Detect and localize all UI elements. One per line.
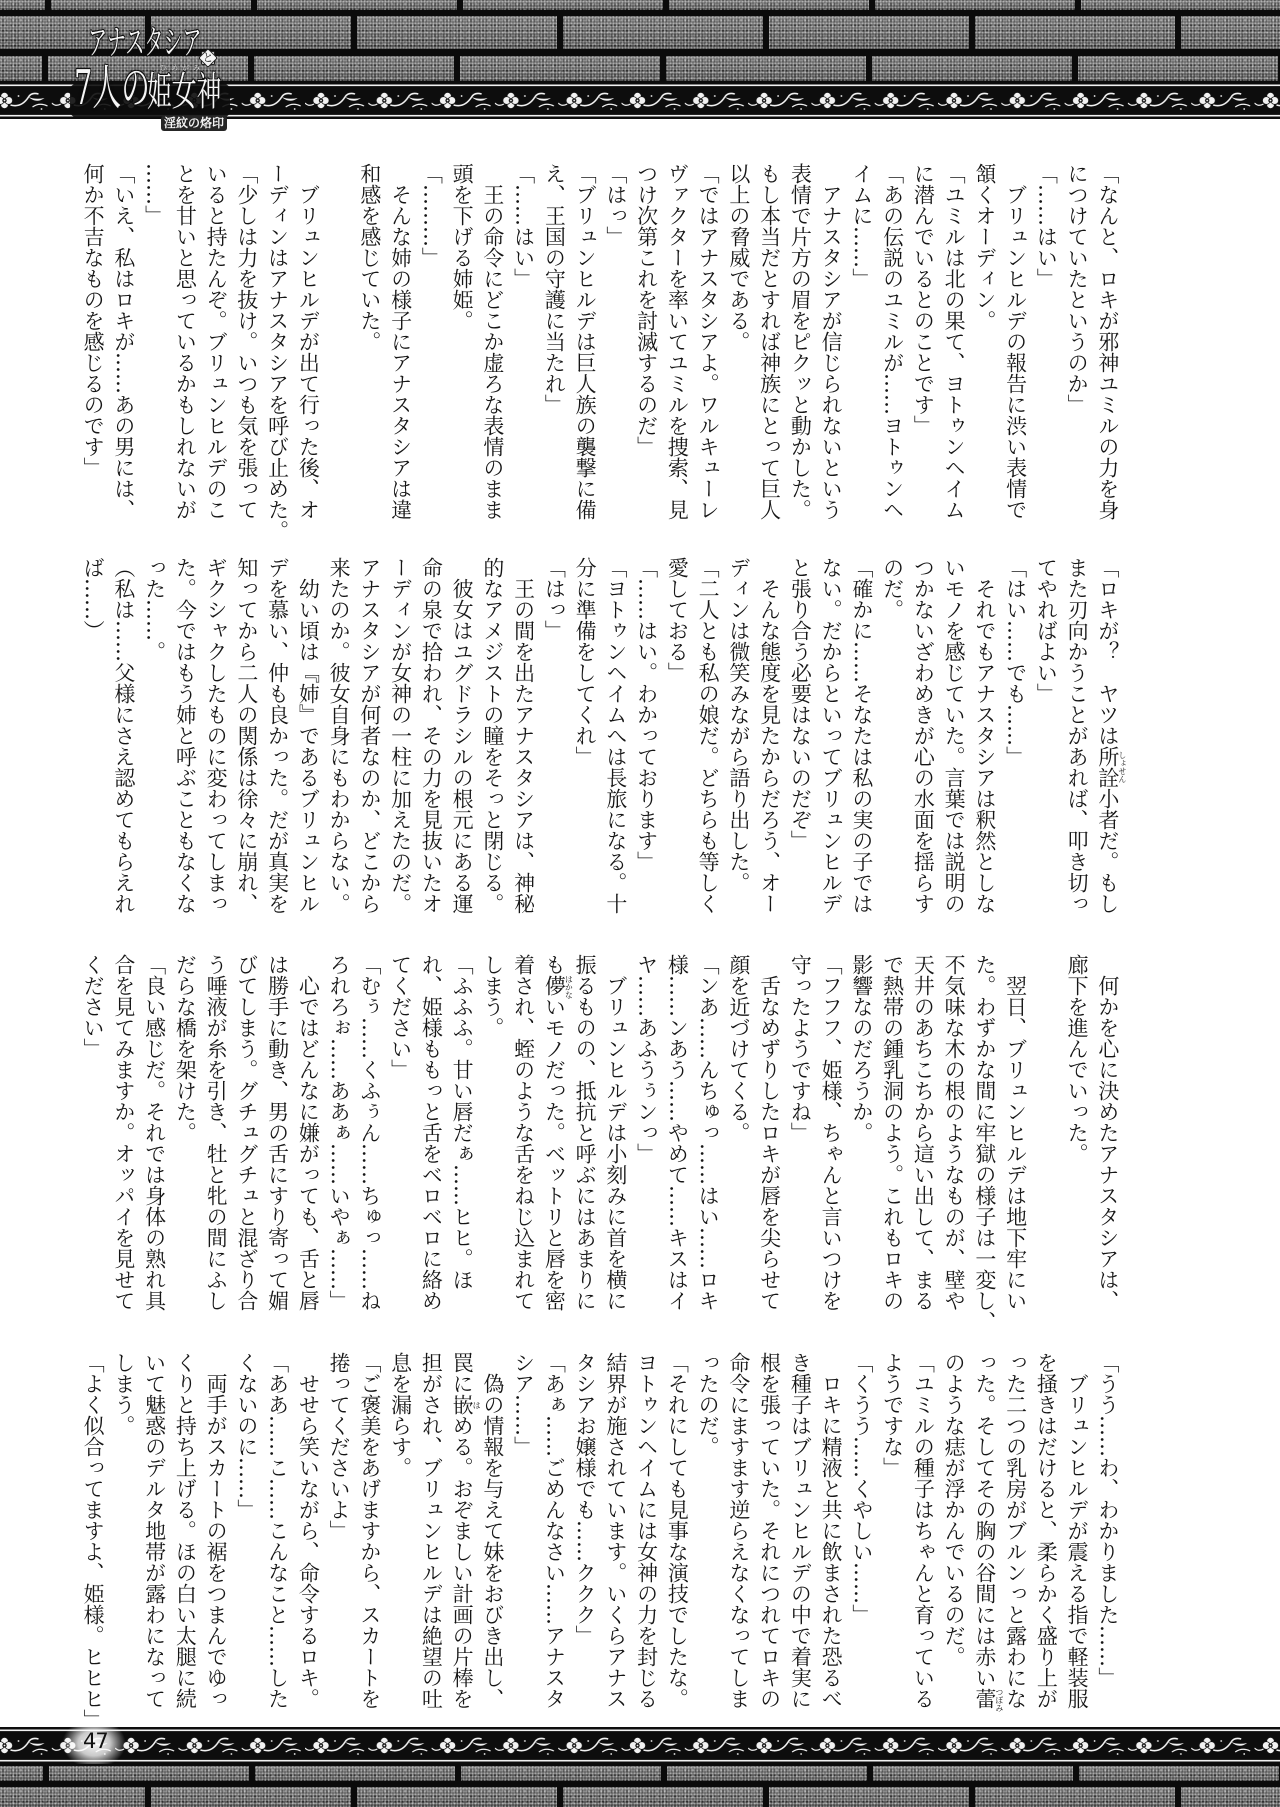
text-line: 不気味な木の根のようなものが、壁や [938,954,969,1311]
text-line: （私は……父様にさえ認めてもらえれ [108,557,139,914]
text-line: ブリュンヒルデは小刻みに首を横に [600,954,631,1311]
text-line: ……」 [139,163,170,520]
text-line: ば……） [77,557,108,914]
text-line: だらな橋を架けた。 [170,954,201,1311]
text-line: 「……はい」 [508,163,539,520]
text-line: 「……はい。わかっております」 [631,557,662,914]
text-line: 影響なのだろうか。 [846,954,877,1311]
text-line: いて魅惑のデルタ地帯が露わになって [139,1352,170,1709]
text-line: 「はっ」 [539,557,570,914]
text-line: た。今ではもう姉と呼ぶこともなくな [170,557,201,914]
text-line: も儚はかないモノだった。ベットリと唇を密 [539,954,570,1311]
text-line: 「あぁ……ごめんなさい……アナスタ [539,1352,570,1709]
text-line: ろれろぉ……ああぁ……いやぁ……」 [323,954,354,1311]
text-line: 王の命令にどこか虚ろな表情のまま [477,163,508,520]
text-line: 「ンあ……んちゅっ……はい……ロキ [692,954,723,1311]
brick-row [0,1766,1280,1781]
text-line: くないのに……」 [231,1352,262,1709]
text-line: 「はい……でも……」 [1000,557,1031,914]
text-line: そんな姉の様子にアナスタシアは違 [385,163,416,520]
text-line: しまう。 [108,1352,139,1709]
text-line: 「ユミルの種子はちゃんと育っている [908,1352,939,1709]
text-line: 「ヨトゥンヘイムへは長旅になる。十 [600,557,631,914]
text-tier: 「なんと、ロキが邪神ユミルの力を身につけていたというのか」「……はい」 ブリュン… [0,163,1280,543]
text-line: いモノを感じていた。言葉では説明の [938,557,969,914]
ruby-reading: は [472,1394,481,1415]
text-line: 愛しておる」 [662,557,693,914]
text-line: 「二人とも私の娘だ。どちらも等しく [692,557,723,914]
ornament-border-bottom [0,1727,1280,1764]
ruby-reading: つぼみ [995,1688,1004,1709]
text-line: てください」 [385,954,416,1311]
text-line: 「ではアナスタシアよ。ワルキューレ [692,163,723,520]
text-line: ブリュンヒルデが震える指で軽装服 [1061,1352,1092,1709]
text-line: 幼い頃は『姉』であるブリュンヒル [293,557,324,914]
text-line: った……。 [139,557,170,914]
ruby-reading: はかな [564,975,573,996]
text-line: で熱帯の鍾乳洞のよう。これもロキの [877,954,908,1311]
ruby-reading: しょせん [1118,746,1127,788]
text-line: 合を見てみますか。オッパイを見せて [108,954,139,1311]
text-line: 偽の情報を与えて妹をおびき出し、 [477,1352,508,1709]
novel-page: アナスタシア と 7人の 姫女神 ひめがみ 淫紋の烙印 「なんと、ロキが邪神ユミ… [0,0,1280,1807]
text-line: 担がされ、ブリュンヒルデは絶望の吐 [416,1352,447,1709]
text-line: れ、姫様ももっと舌をベロベロに絡め [416,954,447,1311]
text-line: 翌日、ブリュンヒルデは地下牢にい [1000,954,1031,1311]
text-line: 罠に嵌はめる。おぞましい計画の片棒を [446,1352,477,1709]
text-line: 「確かに……そなたは私の実の子では [846,557,877,914]
text-tier: 何かを心に決めたアナスタシアは、廊下を進んでいった。 翌日、ブリュンヒルデは地下… [0,954,1280,1334]
text-line: もし本当だとすれば神族にとって巨人 [754,163,785,520]
text-line: せせら笑いながら、命令するロキ。 [293,1352,324,1709]
text-line: ったのだ。 [692,1352,723,1709]
text-line: つけ次第これを討滅するのだ」 [631,163,662,520]
text-line: を掻きはだけると、柔らかく盛り上が [1031,1352,1062,1709]
text-line: 「ご褒美をあげますから、スカートを [354,1352,385,1709]
text-line: ない。だからといってブリュンヒルデ [815,557,846,914]
text-line: 「良い感じだ。それでは身体の熟れ具 [139,954,170,1311]
text-line: 様……ンあう……やめて……キスはイ [662,954,693,1311]
text-line: 振るものの、抵抗と呼ぶにはあまりに [569,954,600,1311]
text-line: シア……」 [508,1352,539,1709]
text-line: 舌なめずりしたロキが唇を尖らせて [754,954,785,1311]
text-line: 「ブリュンヒルデは巨人族の襲撃に備 [569,163,600,520]
text-line: った二つの乳房がブルンっと露わにな [1000,1352,1031,1709]
text-line: 捲ってくださいよ」 [323,1352,354,1709]
text-line: につけていたというのか」 [1061,163,1092,520]
text-line: ロキに精液と共に飲まされた恐るべ [815,1352,846,1709]
text-line: は勝手に動き、男の舌にすり寄って媚 [262,954,293,1311]
text-line: ください」 [77,954,108,1311]
text-line: つかないざわめきが心の水面を揺らす [908,557,939,914]
page-number: 47 [83,1730,108,1752]
text-line [323,163,354,520]
text-line: びてしまう。グチュグチュと混ざり合 [231,954,262,1311]
text-line: 何か不吉なものを感じるのです」 [77,163,108,520]
text-line: ギクシャクしたものに変わってしまっ [200,557,231,914]
ruby-base: 所詮しょせん [1097,746,1118,788]
text-line: 息を漏らす。 [385,1352,416,1709]
text-line: ヨトゥンヘイムには女神の力を封じる [631,1352,662,1709]
text-line: 知ってから二人の関係は徐々に崩れ、 [231,557,262,914]
text-line: 「むぅ……くふぅん……ちゅっ……ね [354,954,385,1311]
ruby-base: 嵌は [451,1394,472,1415]
text-line: き種子はブリュンヒルデの中で着実に [785,1352,816,1709]
text-line: 頭を下げる姉姫。 [446,163,477,520]
text-line: え、王国の守護に当たれ」 [539,163,570,520]
text-line: それでもアナスタシアは釈然としな [969,557,1000,914]
text-line: 以上の脅威である。 [723,163,754,520]
text-line: 頷くオーディン。 [969,163,1000,520]
text-line: しまう。 [477,954,508,1311]
text-line: 「なんと、ロキが邪神ユミルの力を身 [1092,163,1123,520]
brick-wall-footer [0,1764,1280,1807]
text-line: ブリュンヒルデの報告に渋い表情で [1000,163,1031,520]
text-line: 「………」 [416,163,447,520]
text-line: 「あの伝説のユミルが……ヨトゥンヘ [877,163,908,520]
text-line: アナスタシアが信じられないという [815,163,846,520]
text-line: ーディンが女神の一柱に加えたのだ。 [385,557,416,914]
ruby-base: 蕾つぼみ [974,1688,995,1709]
text-line: 王の間を出たアナスタシアは、神秘 [508,557,539,914]
text-line: イムに……」 [846,163,877,520]
text-line: 着され、蛭のような舌をねじ込まれて [508,954,539,1311]
text-line: 何かを心に決めたアナスタシアは、 [1092,954,1123,1311]
text-line: う唾液が糸を引き、牡と牝の間にふし [200,954,231,1311]
text-line: と張り合う必要はないのだぞ」 [785,557,816,914]
text-line: 「それにしても見事な演技でしたな。 [662,1352,693,1709]
text-line: 「はっ」 [600,163,631,520]
text-line: 「いえ、私はロキが……あの男には、 [108,163,139,520]
text-line: 「ロキが？ ヤツは所詮しょせん小者だ。もし [1092,557,1123,914]
text-line: てやればよい」 [1031,557,1062,914]
text-line: 根を張っていた。それにつれてロキの [754,1352,785,1709]
text-line: 天井のあちこちから這い出して、まる [908,954,939,1311]
text-line: 「少しは力を抜け。いつも気を張って [231,163,262,520]
text-line: 和感を感じていた。 [354,163,385,520]
text-line: ブリュンヒルデが出て行った後、オ [293,163,324,520]
text-line: 守ったようですね」 [785,954,816,1311]
text-line: 表情で片方の眉をピクッと動かした。 [785,163,816,520]
text-line: 「くうう……くやしい……」 [846,1352,877,1709]
text-line: 「ふふふ。甘い唇だぁ……ヒヒ。ほ [446,954,477,1311]
text-line: ディンは微笑みながら語り出した。 [723,557,754,914]
text-line: ヤ……あふうぅンっ」 [631,954,662,1311]
text-line: ーディンはアナスタシアを呼び止めた。 [262,163,293,520]
text-line: タシアお嬢様でも……ククク」 [569,1352,600,1709]
text-line: 廊下を進んでいった。 [1061,954,1092,1311]
text-tier: 「ロキが？ ヤツは所詮しょせん小者だ。もしまた刃向かうことがあれば、叩き切ってや… [0,557,1280,937]
text-line: 「よく似合ってますよ、姫様。ヒヒヒ」 [77,1352,108,1709]
text-line: 来たのか。彼女自身にもわからない。 [323,557,354,914]
text-line: 分に準備をしてくれ」 [569,557,600,914]
text-line: デを慕い、仲も良かった。だが真実を [262,557,293,914]
text-line: 「ユミルは北の果て、ヨトゥンヘイム [938,163,969,520]
text-line: った。そしてその胸の谷間には赤い蕾つぼみ [969,1352,1000,1709]
text-line: ヴァクターを率いてユミルを捜索、見 [662,163,693,520]
text-line: 「フフフ、姫様、ちゃんと言いつけを [815,954,846,1311]
text-line: とを甘いと思っているかもしれないが [170,163,201,520]
text-line: 「……はい」 [1031,163,1062,520]
text-line: アナスタシアが何者なのか、どこから [354,557,385,914]
text-line [1031,954,1062,1311]
text-line: た。わずかな間に牢獄の様子は一変し、 [969,954,1000,1311]
text-line: くりと持ち上げる。ほの白い太腿に続 [170,1352,201,1709]
text-line: 命の泉で拾われ、その力を見抜いたオ [416,557,447,914]
text-line: 両手がスカートの裾をつまんでゆっ [200,1352,231,1709]
text-line: そんな態度を見たからだろう、オー [754,557,785,914]
text-line: のだ。 [877,557,908,914]
novel-body-text: 「なんと、ロキが邪神ユミルの力を身につけていたというのか」「……はい」 ブリュン… [0,0,1280,1807]
text-line: 結界が施されています。いくらアナス [600,1352,631,1709]
text-line: 命令にますます逆らえなくなってしま [723,1352,754,1709]
text-line: 心ではどんなに嫌がっても、舌と唇 [293,954,324,1311]
brick-row [0,1787,1280,1807]
text-line: いると持たんぞ。ブリュンヒルデのこ [200,163,231,520]
text-line: 「ああ……こ……こんなこと……した [262,1352,293,1709]
text-line: に潜んでいるとのことです」 [908,163,939,520]
text-line: 「うう……わ、わかりました……」 [1092,1352,1123,1709]
text-line: ようですな」 [877,1352,908,1709]
text-line: のような痣が浮かんでいるのだ。 [938,1352,969,1709]
text-line: 顔を近づけてくる。 [723,954,754,1311]
text-tier: 「うう……わ、わかりました……」 ブリュンヒルデが震える指で軽装服を掻きはだける… [0,1352,1280,1732]
text-line: 彼女はユグドラシルの根元にある運 [446,557,477,914]
text-line: 的なアメジストの瞳をそっと閉じる。 [477,557,508,914]
text-line: また刃向かうことがあれば、叩き切っ [1061,557,1092,914]
floral-vine-ornament-icon [0,1727,1280,1764]
ruby-base: 儚はかな [543,975,564,996]
